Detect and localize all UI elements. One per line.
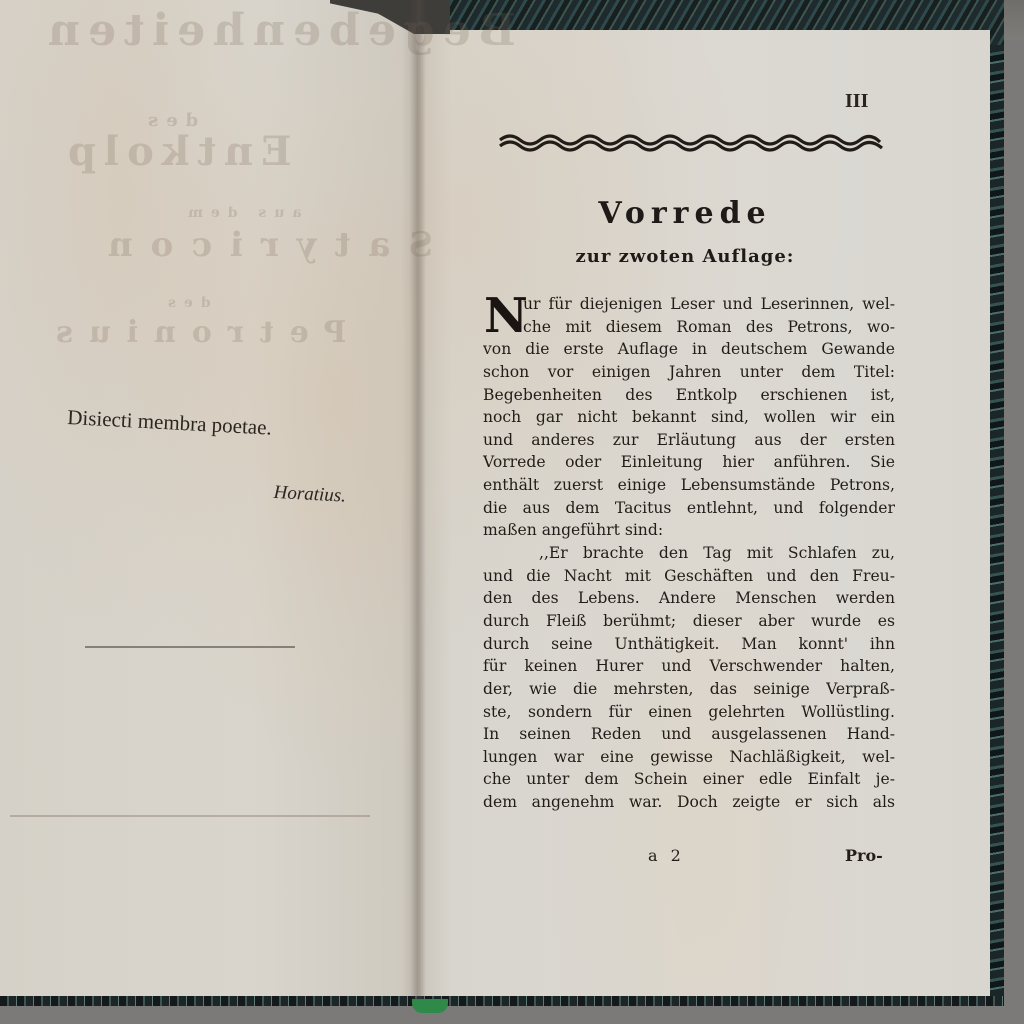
text-line: und die Nacht mit Geschäften und den Fre…: [483, 565, 895, 588]
text-line: von die erste Auflage in deutschem Gewan…: [483, 338, 895, 361]
page-number: III: [845, 90, 868, 113]
text-line: durch Fleiß berühmt; dieser aber wurde e…: [483, 610, 895, 633]
text-line: che unter dem Schein einer edle Einfalt …: [483, 768, 895, 791]
text-line: schon vor einigen Jahren unter dem Titel…: [483, 361, 895, 384]
show-through-rule: [10, 815, 370, 817]
text-line: che mit diesem Roman des Petrons, wo-: [483, 316, 895, 339]
show-through-text: des: [160, 295, 211, 311]
marbled-cover-edge-right: [990, 45, 1004, 1000]
text-line: ste, sondern für einen gelehrten Wollüst…: [483, 701, 895, 724]
text-line: für keinen Hurer und Verschwender halten…: [483, 655, 895, 678]
text-line: Begebenheiten des Entkolp erschienen ist…: [483, 384, 895, 407]
show-through-text: Begebenheiten: [40, 5, 516, 56]
show-through-text: Entkolp: [60, 128, 292, 175]
text-line: lungen war eine gewisse Nachläßigkeit, w…: [483, 746, 895, 769]
wave-ornament-icon: [498, 128, 886, 154]
text-line: die aus dem Tacitus entlehnt, und folgen…: [483, 497, 895, 520]
page-subtitle: zur zwoten Auflage:: [480, 246, 890, 267]
text-line: dem angenehm war. Doch zeigte er sich al…: [483, 791, 895, 814]
text-line: der, wie die mehrsten, das seinige Verpr…: [483, 678, 895, 701]
text-line: durch seine Unthätigkeit. Man konnt' ihn: [483, 633, 895, 656]
page-title: Vorrede: [480, 196, 890, 231]
text-line: ur für diejenigen Leser und Leserinnen, …: [483, 293, 895, 316]
text-line: und anderes zur Erläutung aus der ersten: [483, 429, 895, 452]
text-line: den des Lebens. Andere Menschen werden: [483, 587, 895, 610]
show-through-text: Petronius: [40, 315, 346, 350]
text-line: Vorrede oder Einleitung hier anführen. S…: [483, 451, 895, 474]
bookmark-ribbon: [412, 999, 448, 1013]
text-line: ,,Er brachte den Tag mit Schlafen zu,: [483, 542, 895, 565]
text-line: maßen angeführt sind:: [483, 519, 895, 542]
signature-mark: a 2: [648, 846, 685, 865]
marbled-cover-edge-bottom: [0, 996, 1004, 1006]
epigraph-author: Horatius.: [273, 482, 346, 508]
text-line: noch gar nicht bekannt sind, wollen wir …: [483, 406, 895, 429]
text-line: In seinen Reden und ausgelassenen Hand-: [483, 723, 895, 746]
text-line: enthält zuerst einige Lebensumstände Pet…: [483, 474, 895, 497]
divider-rule: [85, 646, 295, 648]
show-through-text: Satyricon: [90, 225, 433, 265]
show-through-text: aus dem: [180, 205, 302, 221]
catchword: Pro-: [845, 846, 883, 865]
book-gutter: [410, 0, 426, 1000]
body-text: ur für diejenigen Leser und Leserinnen, …: [483, 293, 895, 814]
